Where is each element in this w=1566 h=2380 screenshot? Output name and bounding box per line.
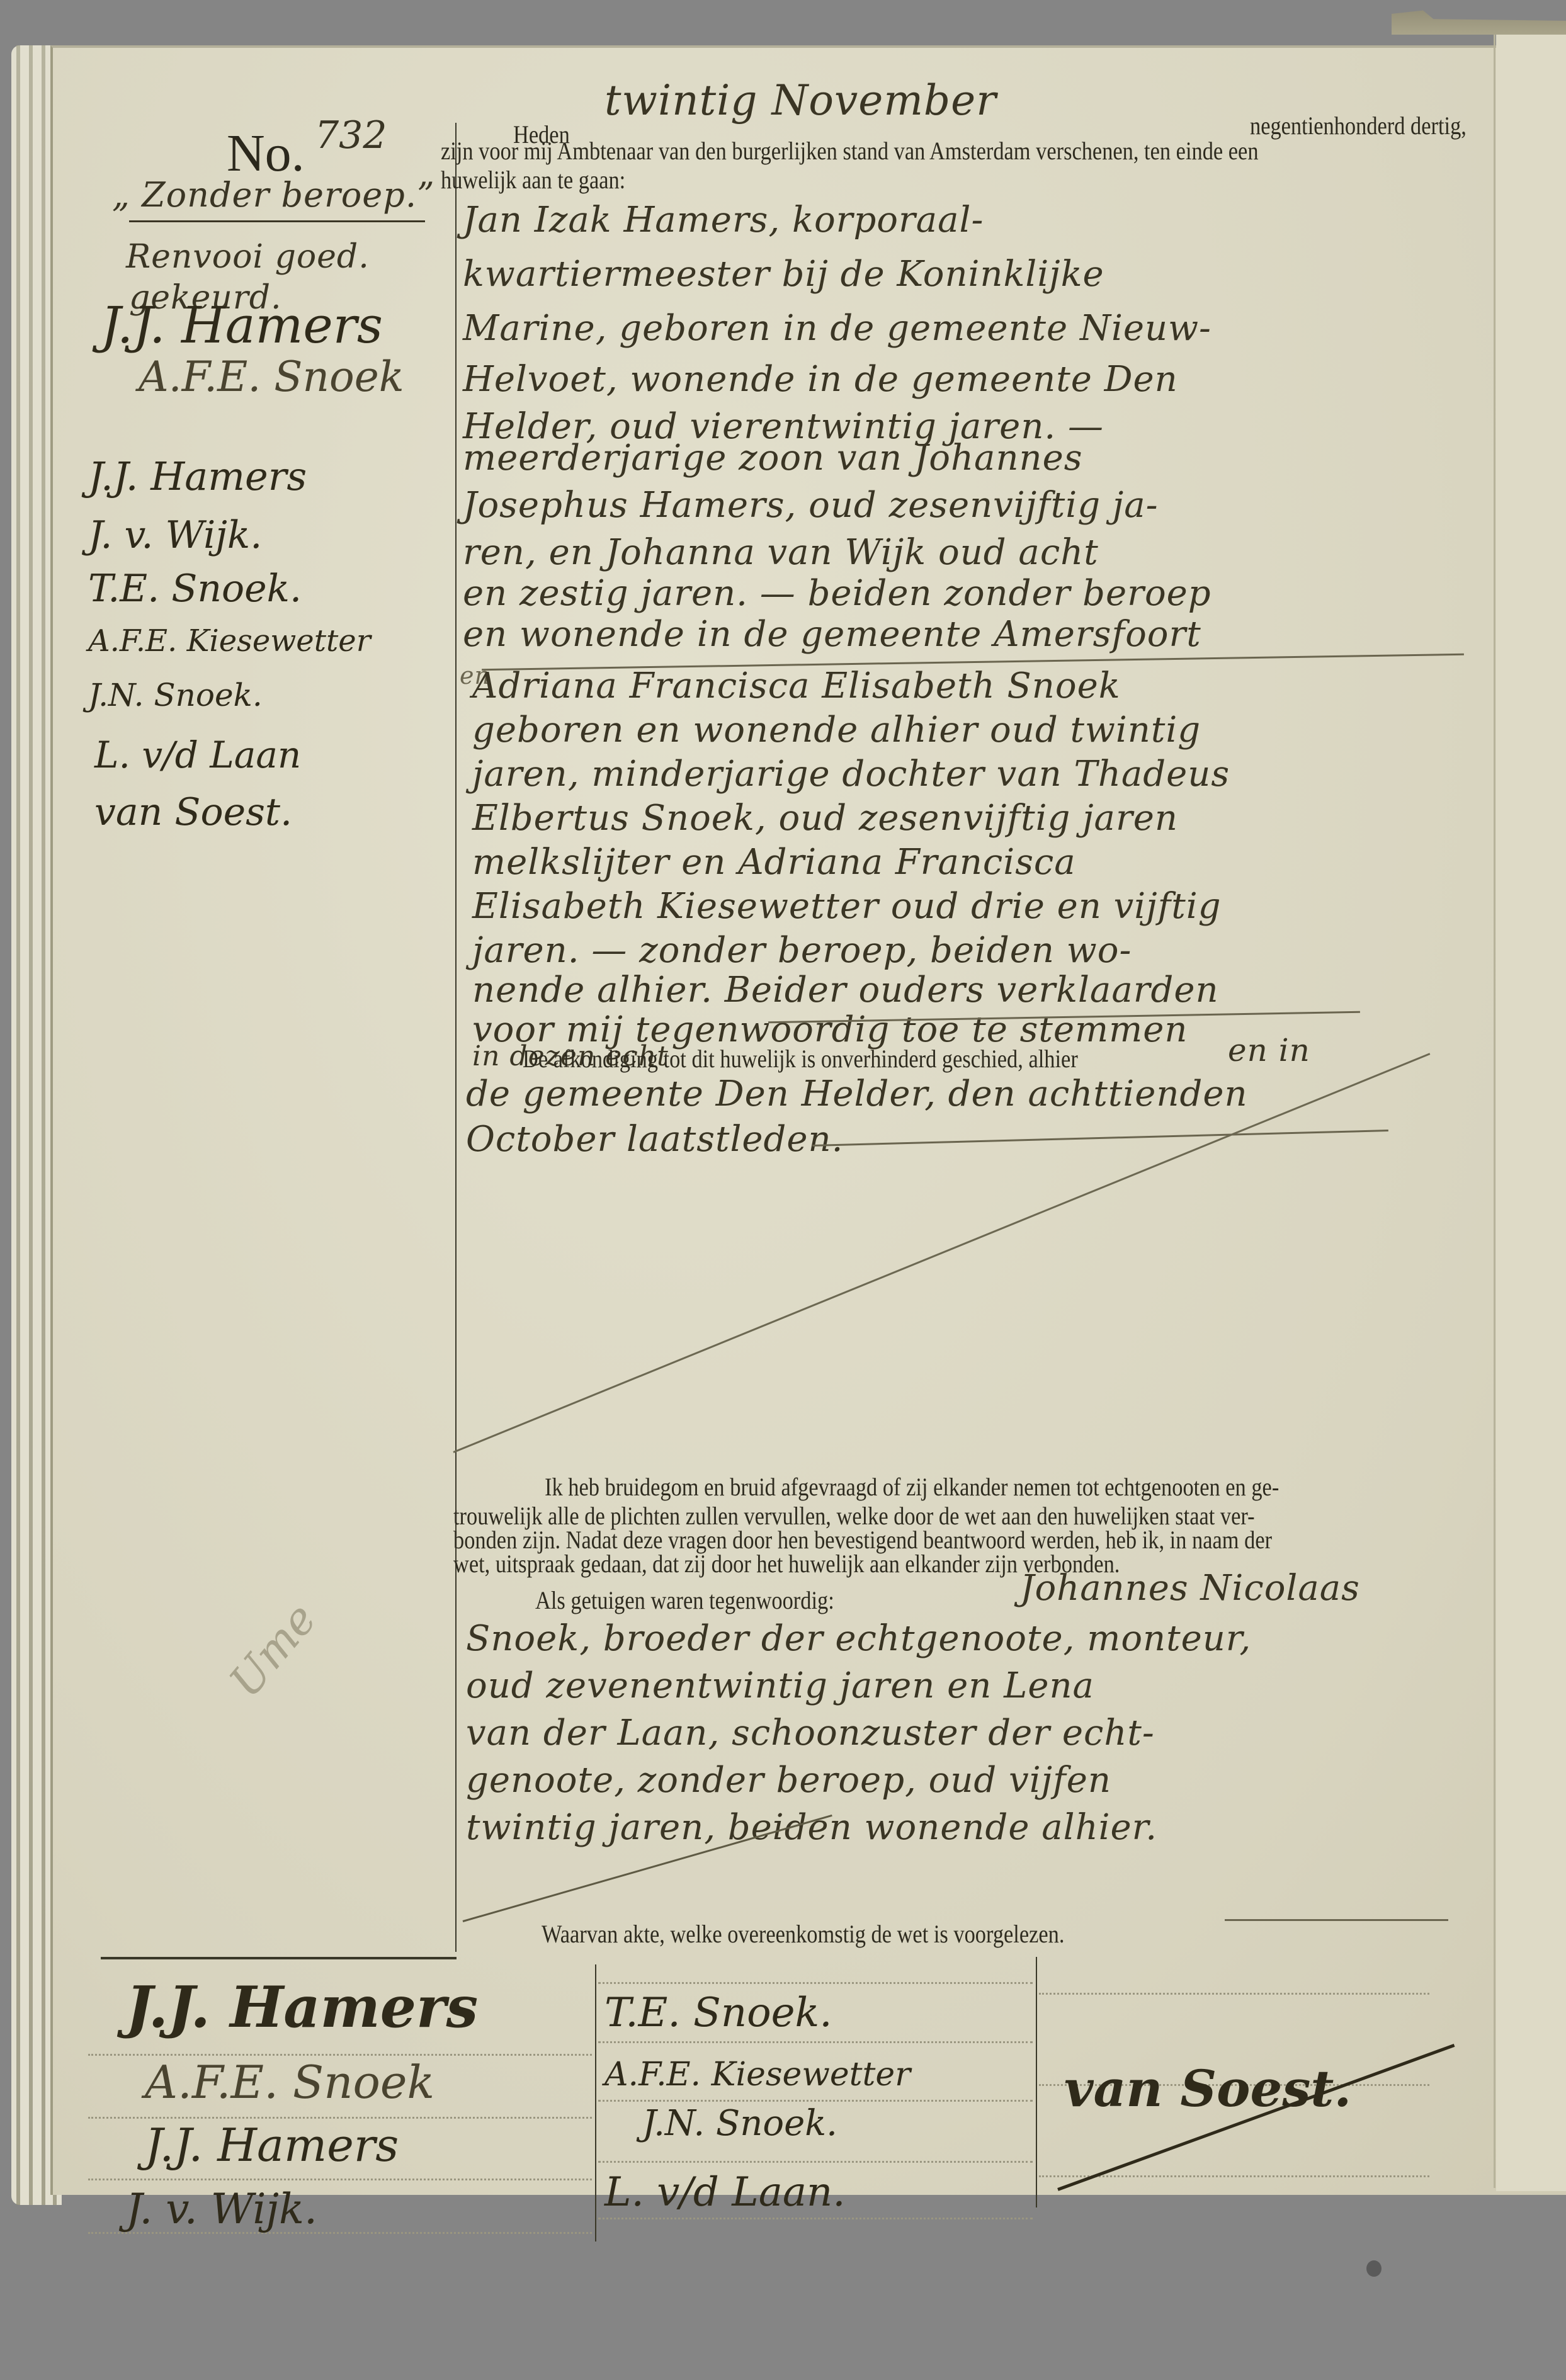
- signature-guide-line: [1039, 1993, 1429, 1995]
- proclamation-printed: De afkondiging tot dit huwelijk is onver…: [523, 1045, 1078, 1073]
- date-handwritten: twintig November: [604, 77, 997, 125]
- witnesses-label: Als getuigen waren tegenwoordig:: [535, 1587, 834, 1614]
- bride-line: melkslijter en Adriana Francisca: [472, 839, 1076, 887]
- groom-line: meerderjarige zoon van Johannes: [463, 434, 1082, 482]
- proclamation-handwritten: de gemeente Den Helder, den achttienden: [466, 1070, 1248, 1118]
- groom-line: Jan Izak Hamers, korporaal-: [463, 196, 984, 244]
- signature-bride: A.F.E. Snoek: [145, 2056, 434, 2109]
- margin-bottom-rule: [101, 1957, 457, 1959]
- declaration-line: Ik heb bruidegom en bruid afgevraagd of …: [545, 1473, 1279, 1501]
- signature-guide-line: [598, 2218, 1033, 2219]
- page-fold-line: [1494, 35, 1495, 2188]
- groom-line: Josephus Hamers, oud zesenvijftig ja-: [463, 482, 1159, 530]
- signature-guide-line: [598, 2041, 1033, 2043]
- year-printed: negentienhonderd dertig,: [1250, 112, 1467, 140]
- bride-line: jaren, minderjarige dochter van Thadeus: [472, 751, 1230, 798]
- proclamation-handwritten: October laatstleden.: [466, 1116, 843, 1164]
- groom-line: Helvoet, wonende in de gemeente Den: [463, 356, 1178, 404]
- signature-witness-1: J.N. Snoek.: [642, 2103, 837, 2144]
- margin-initial-snoek-witness: J.N. Snoek.: [88, 677, 263, 713]
- bride-line: geboren en wonende alhier oud twintig: [472, 706, 1201, 754]
- witness-line: genoote, zonder beroep, oud vijfen: [466, 1757, 1111, 1805]
- margin-initial-snoek-father: T.E. Snoek.: [88, 567, 302, 611]
- ink-blot: [1366, 2260, 1382, 2277]
- record-number-value: 732: [315, 113, 387, 157]
- adjacent-page-strip: [1496, 35, 1566, 2191]
- signature-column-divider-2: [1036, 1957, 1037, 2207]
- witness-line: twintig jaren, beiden wonende alhier.: [466, 1804, 1157, 1852]
- witness-line: Johannes Nicolaas: [1020, 1565, 1360, 1612]
- groom-line: Marine, geboren in de gemeente Nieuw-: [463, 305, 1211, 353]
- witness-line: Snoek, broeder der echtgenoote, monteur,: [466, 1615, 1251, 1663]
- margin-initial-snoek-bride: A.F.E. Snoek: [139, 353, 404, 401]
- signature-column-divider-1: [595, 1964, 596, 2241]
- margin-initial-van-soest: van Soest.: [94, 790, 292, 834]
- header-line-2: zijn voor mij Ambtenaar van den burgerli…: [441, 137, 1259, 165]
- groom-line: kwartiermeester bij de Koninklijke: [463, 251, 1104, 298]
- bride-line: Elisabeth Kiesewetter oud drie en vijfti…: [472, 883, 1222, 931]
- groom-line: en wonende in de gemeente Amersfoort: [463, 611, 1201, 659]
- signature-witness-2: L. v/d Laan.: [604, 2169, 846, 2216]
- margin-insertion-note: „ Zonder beroep.”: [112, 171, 435, 219]
- signature-groom: J.J. Hamers: [126, 1974, 478, 2041]
- header-line-3: huwelijk aan te gaan:: [441, 166, 625, 194]
- signature-bride-father: T.E. Snoek.: [604, 1990, 832, 2036]
- bride-line: Adriana Francisca Elisabeth Snoek: [472, 662, 1121, 710]
- signature-groom-father: J.J. Hamers: [145, 2119, 399, 2172]
- margin-initial-hamers-father: J.J. Hamers: [88, 453, 307, 499]
- proclamation-handwritten: en in: [1228, 1026, 1310, 1074]
- bride-line: Elbertus Snoek, oud zesenvijftig jaren: [472, 795, 1178, 842]
- witness-line: oud zevenentwintig jaren en Lena: [466, 1662, 1094, 1710]
- signature-guide-line: [598, 2161, 1033, 2163]
- margin-initial-kiesewetter: A.F.E. Kiesewetter: [88, 623, 371, 659]
- signature-guide-line: [598, 2100, 1033, 2102]
- witness-line: van der Laan, schoonzuster der echt-: [466, 1709, 1155, 1757]
- signature-guide-line: [88, 2179, 592, 2180]
- margin-initial-van-wijk: J. v. Wijk.: [88, 513, 262, 557]
- signature-bride-mother: A.F.E. Kiesewetter: [604, 2056, 911, 2094]
- margin-initial-hamers: J.J. Hamers: [101, 296, 383, 354]
- margin-initial-van-der-laan: L. v/d Laan: [94, 734, 301, 776]
- closing-end-line: [1225, 1919, 1448, 1921]
- signature-groom-mother: J. v. Wijk.: [126, 2185, 317, 2233]
- book-binding: [1392, 0, 1566, 35]
- margin-column-rule: [455, 123, 457, 1952]
- closing-statement: Waarvan akte, welke overeenkomstig de we…: [542, 1920, 1064, 1948]
- signature-guide-line: [598, 1982, 1033, 1984]
- signature-registrar: van Soest.: [1064, 2059, 1351, 2118]
- margin-insertion-underline: [129, 220, 425, 222]
